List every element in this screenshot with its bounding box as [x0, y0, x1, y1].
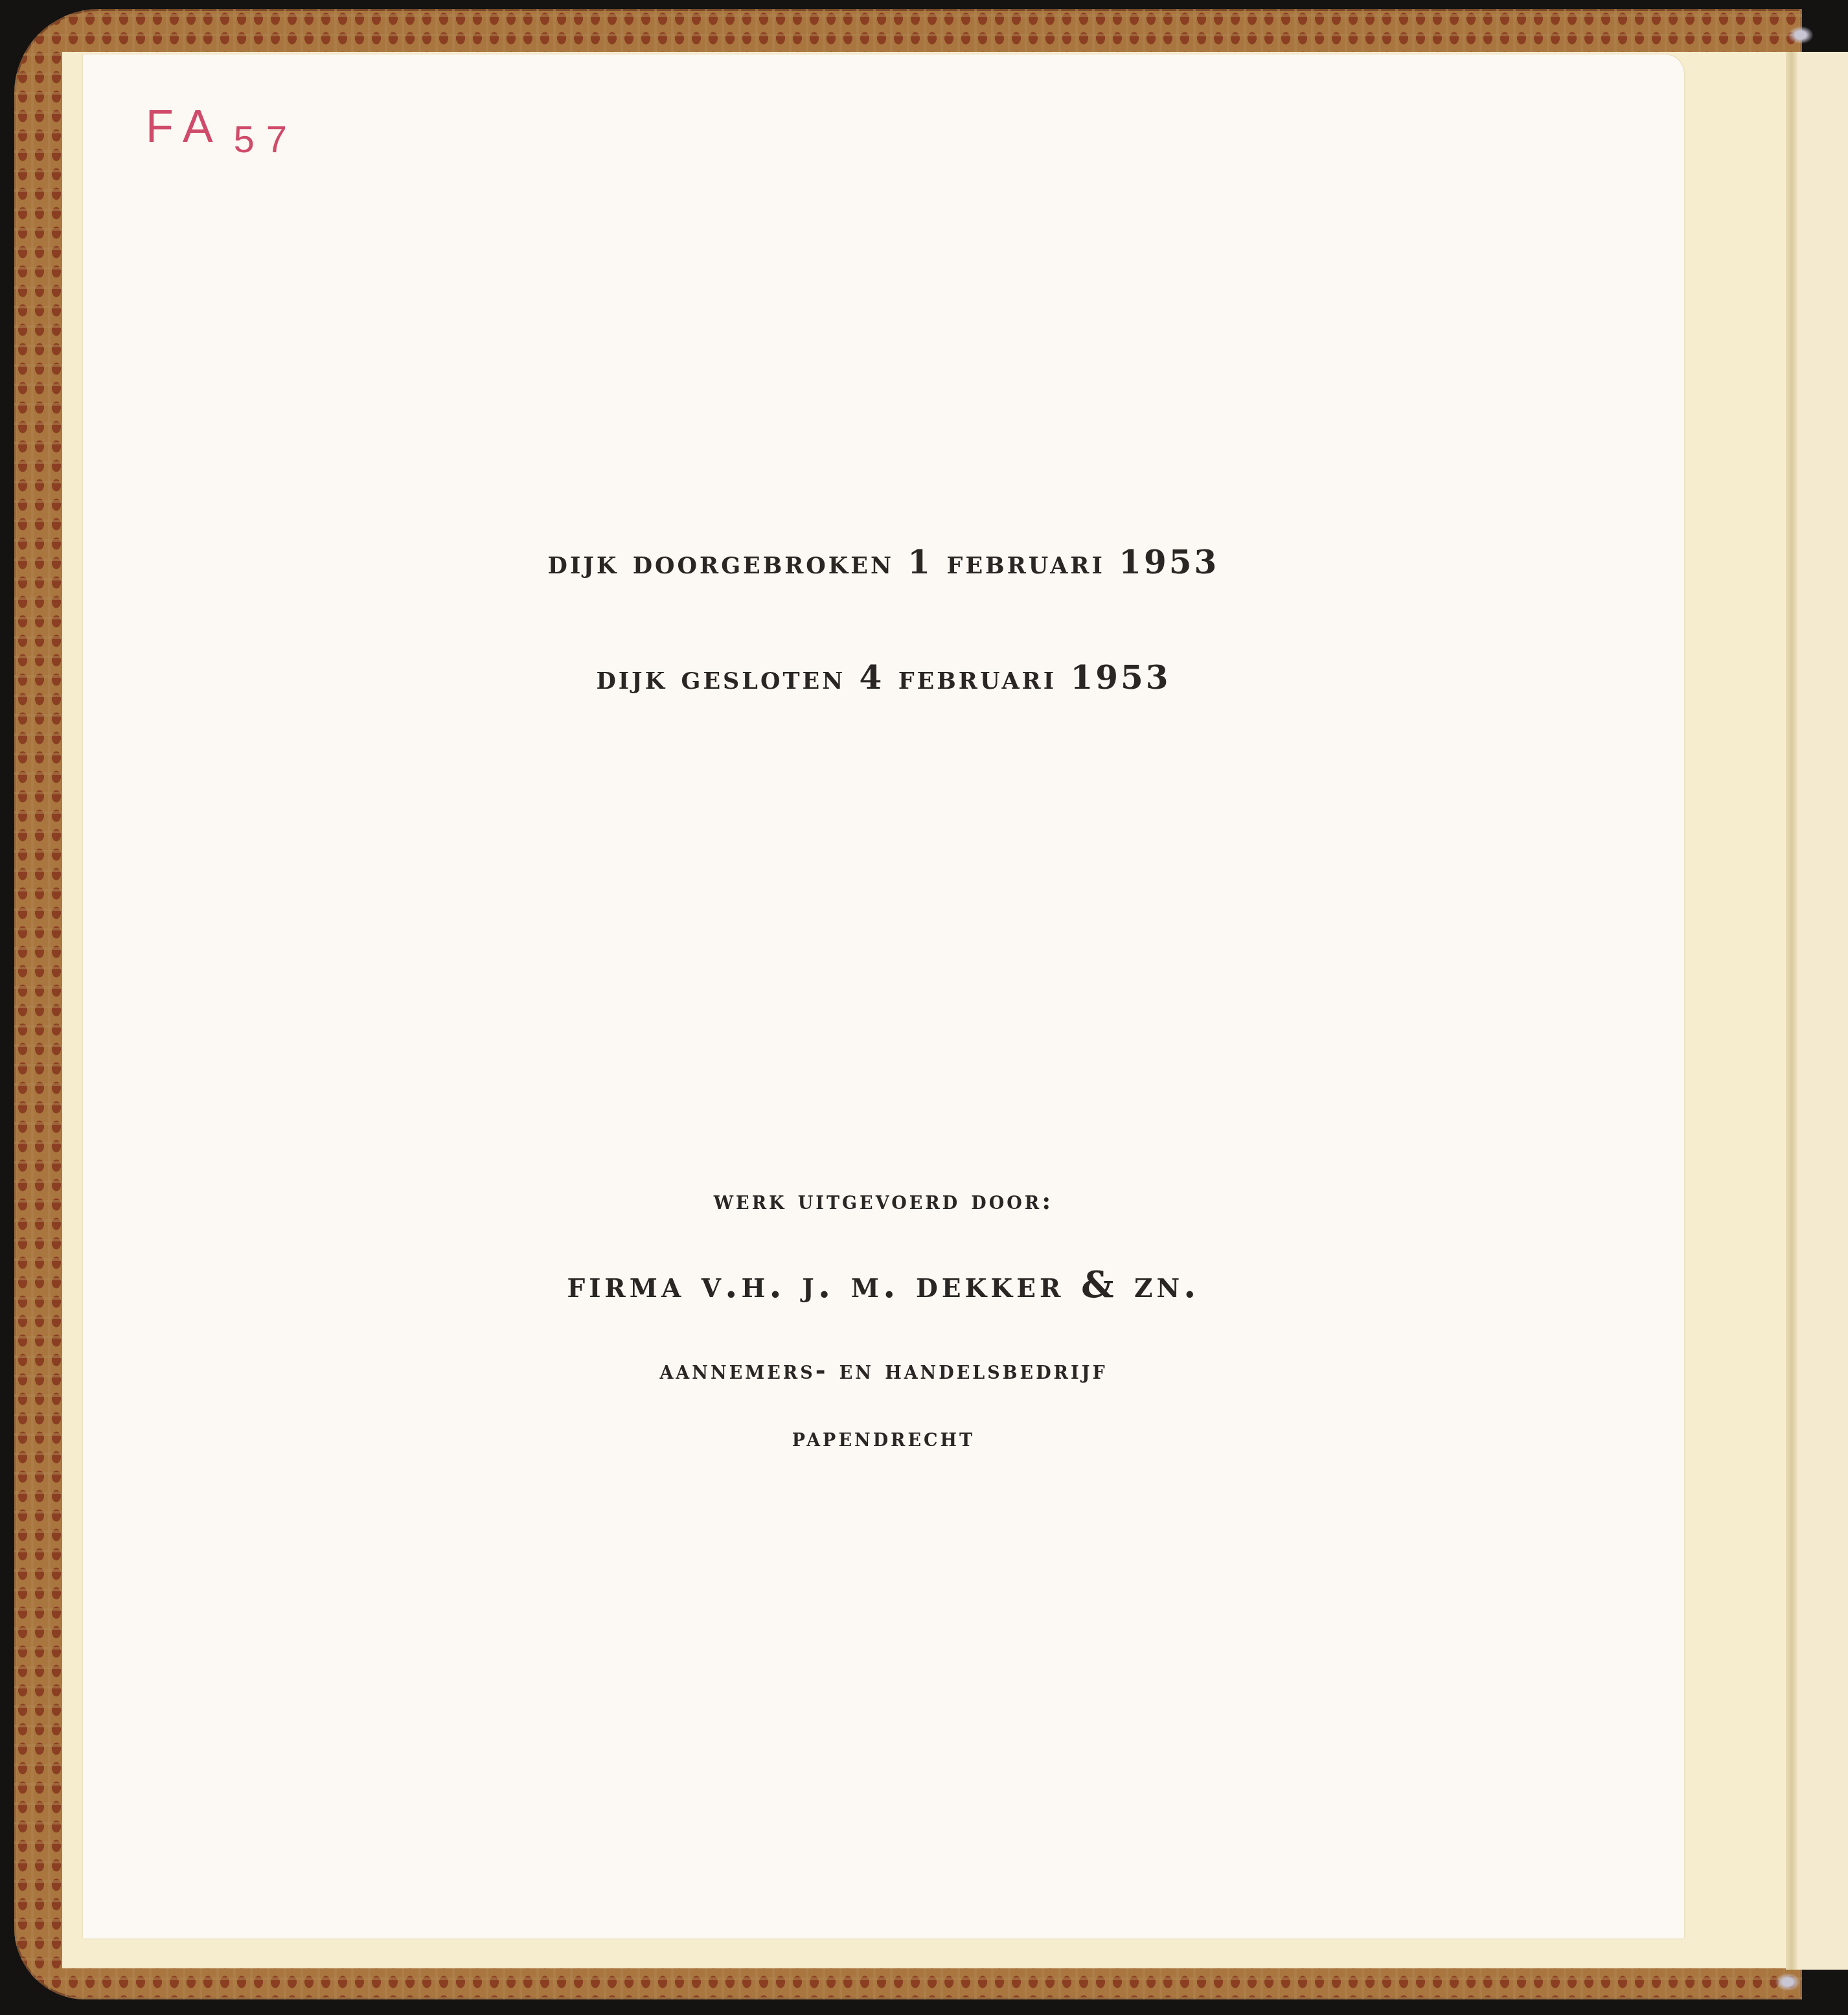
spine-fold: [1786, 52, 1797, 1970]
catalog-number: 57: [234, 119, 299, 161]
binding-thread-bottom: [1775, 1973, 1801, 1991]
firm-description: aannemers- en handelsbedrijf: [83, 1355, 1684, 1385]
firm-location: papendrecht: [83, 1423, 1684, 1452]
dike-breached-line: dijk doorgebroken 1 februari 1953: [83, 543, 1684, 581]
binding-thread-top: [1788, 26, 1814, 44]
work-by-label: werk uitgevoerd door:: [83, 1186, 1684, 1215]
catalog-prefix: FA: [146, 101, 225, 152]
firm-name: firma v.h. j. m. dekker & zn.: [83, 1263, 1684, 1306]
document-page: [83, 54, 1684, 1939]
next-leaf-edge: [1797, 52, 1848, 1970]
dike-closed-line: dijk gesloten 4 februari 1953: [83, 658, 1684, 697]
catalog-mark: FA57: [146, 100, 299, 152]
